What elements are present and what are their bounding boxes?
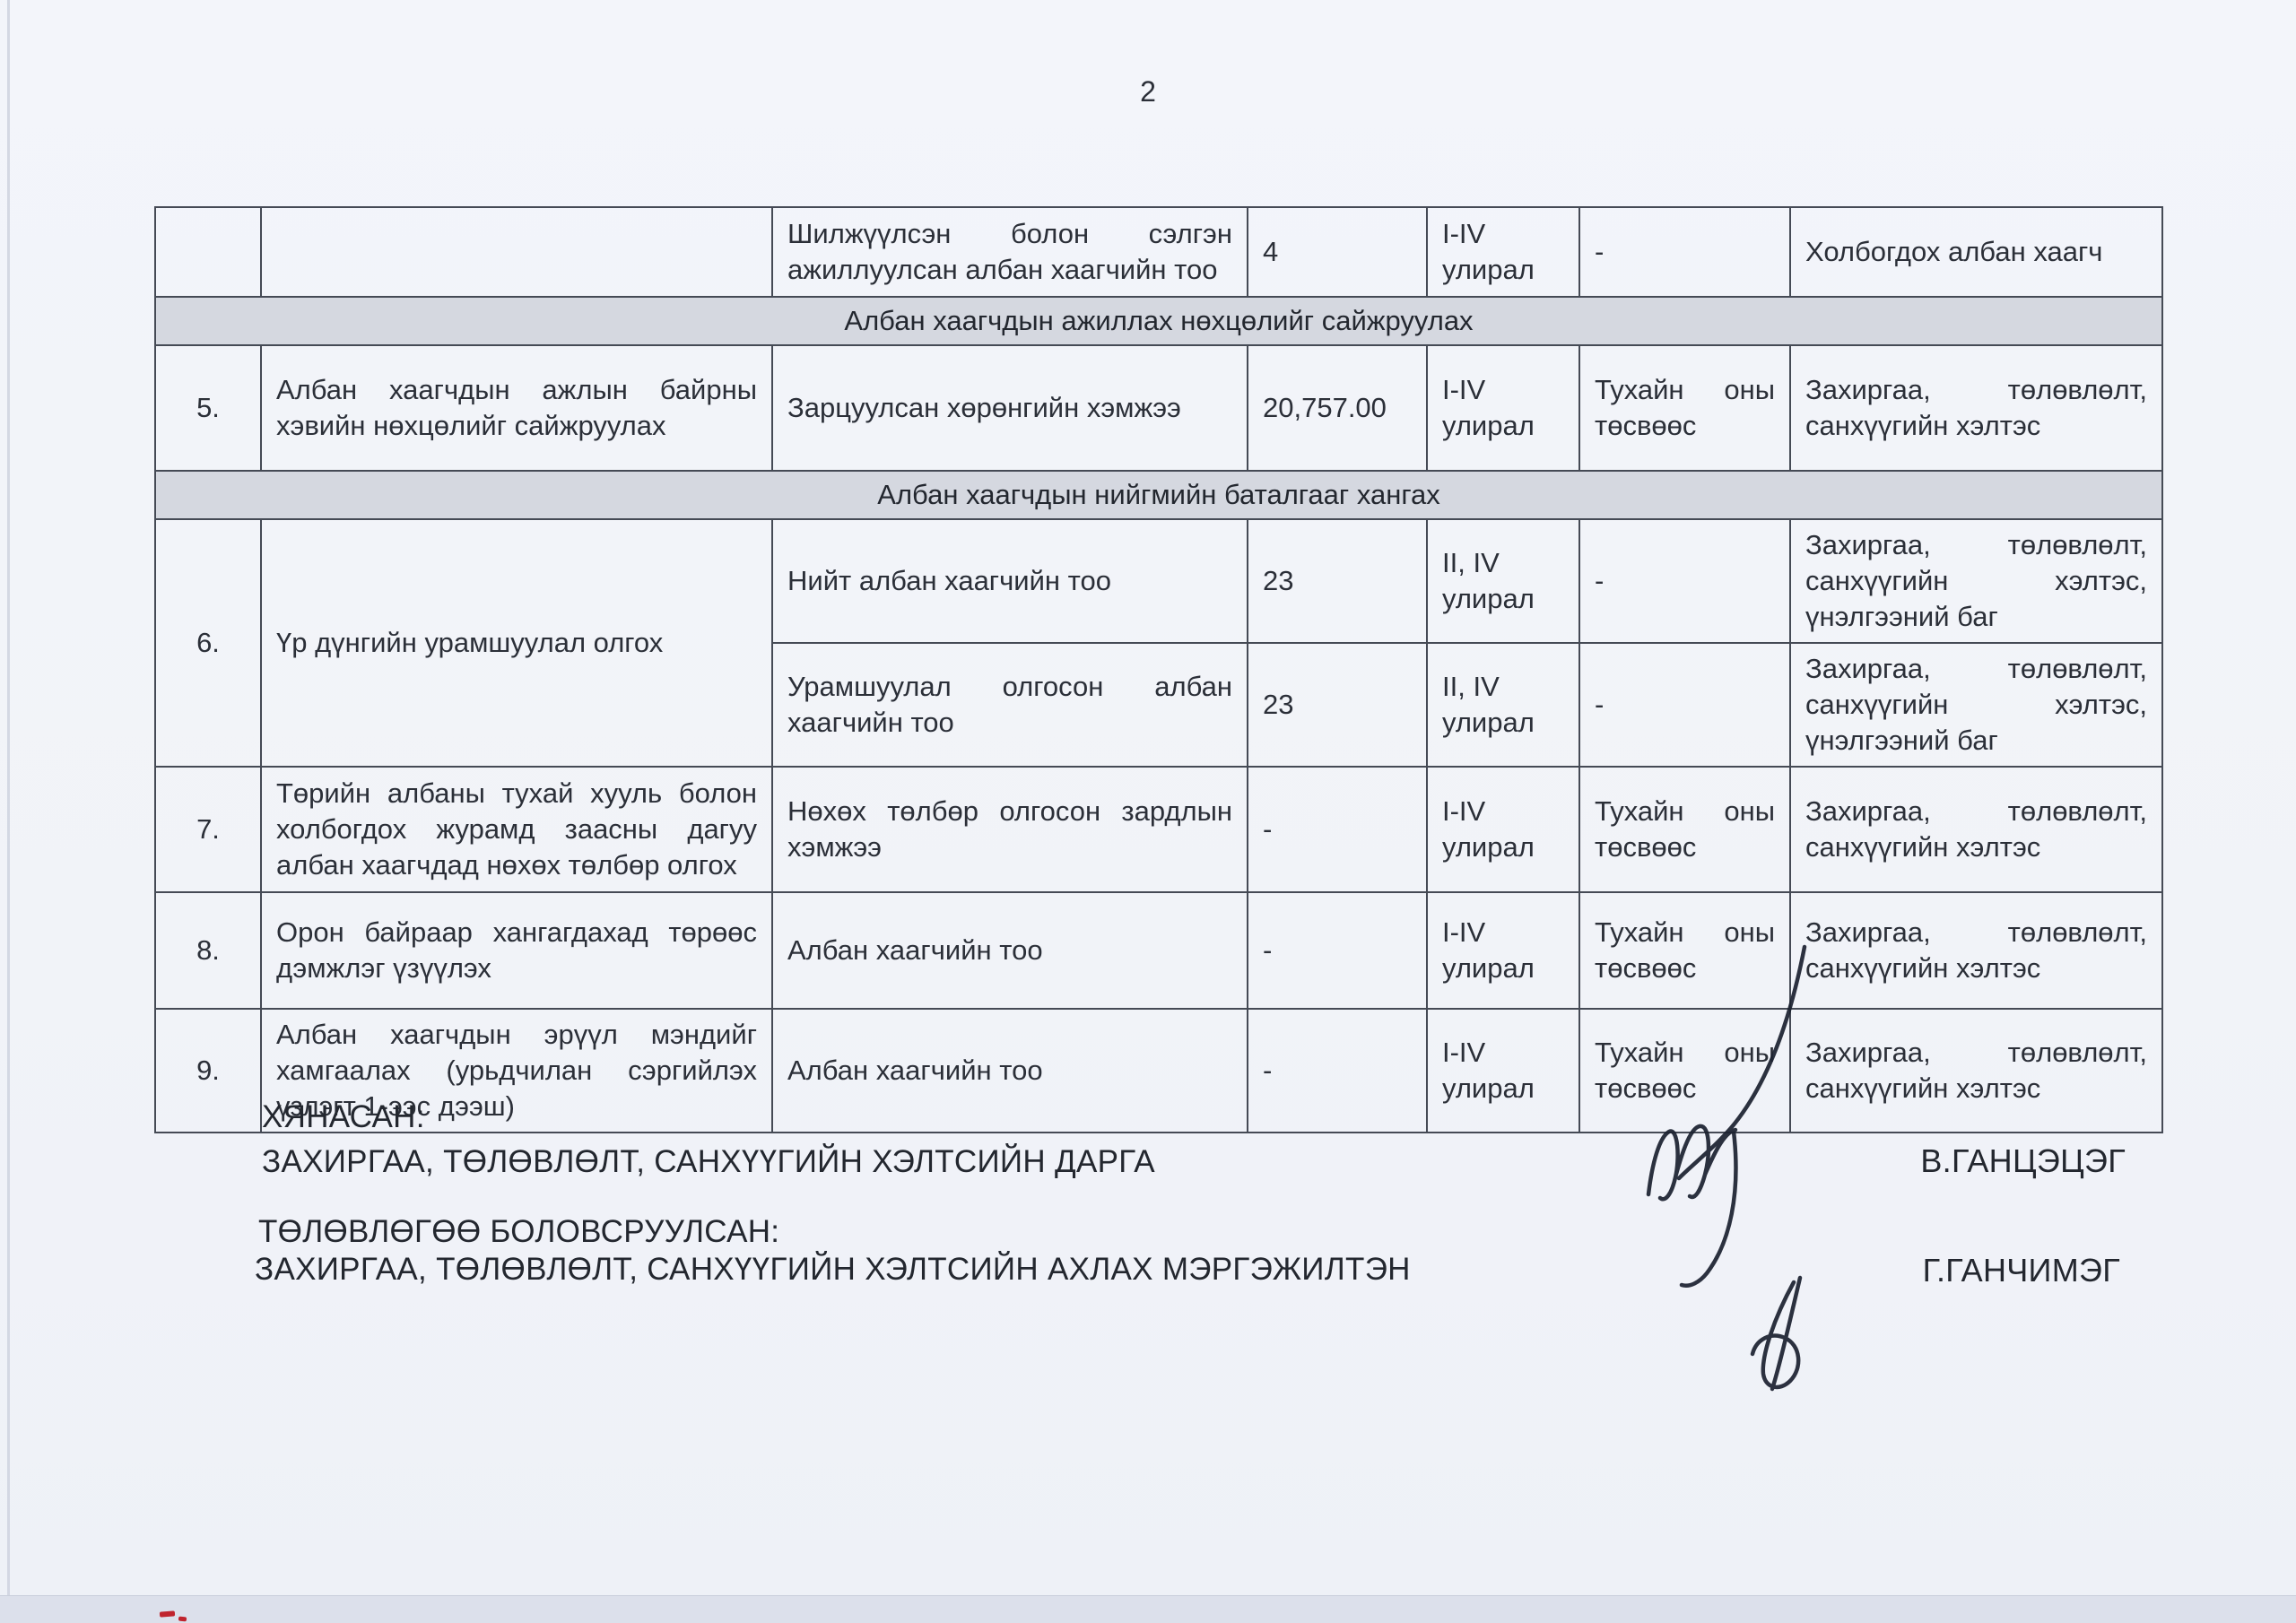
cell-responsible: Захиргаа, төлөвлөлт, санхүүгийн хэлтэс, … [1790, 519, 2162, 643]
section-header-row: Албан хаагчдын ажиллах нөхцөлийг сайжруу… [155, 297, 2162, 345]
cell-quarter: I-IV улирал [1427, 892, 1579, 1009]
signature-2 [1752, 1278, 1800, 1389]
cell-activity: Албан хаагчдын ажлын байрны хэвийн нөхцө… [261, 345, 772, 471]
cell-activity: Орон байраар хангагдахад төрөөс дэмжлэг … [261, 892, 772, 1009]
cell-number: 5. [155, 345, 261, 471]
reviewed-label: ХЯНАСАН: [262, 1099, 425, 1135]
cell-quarter: II, IV улирал [1427, 519, 1579, 643]
cell-indicator: Нийт албан хаагчийн тоо [772, 519, 1248, 643]
table-row-8: 8. Орон байраар хангагдахад төрөөс дэмжл… [155, 892, 2162, 1009]
cell-responsible: Захиргаа, төлөвлөлт, санхүүгийн хэлтэс, … [1790, 643, 2162, 767]
signature-1-zigzag [1648, 1126, 1735, 1199]
cell-funding: - [1579, 643, 1790, 767]
developed-title: ЗАХИРГАА, ТӨЛӨВЛӨЛТ, САНХҮҮГИЙН ХЭЛТСИЙН… [255, 1252, 1411, 1288]
cell-indicator: Зарцуулсан хөрөнгийн хэмжээ [772, 345, 1248, 471]
cell-funding: Тухайн оны төсвөөс [1579, 1009, 1790, 1133]
cell-value: - [1248, 767, 1427, 892]
table-row-continuation: Шилжүүлсэн болон сэлгэн ажиллуулсан алба… [155, 207, 2162, 297]
cell-responsible: Захиргаа, төлөвлөлт, санхүүгийн хэлтэс [1790, 892, 2162, 1009]
cell-responsible: Захиргаа, төлөвлөлт, санхүүгийн хэлтэс [1790, 345, 2162, 471]
cell-quarter: I-IV улирал [1427, 345, 1579, 471]
cell-funding: Тухайн оны төсвөөс [1579, 767, 1790, 892]
cell-quarter: I-IV улирал [1427, 1009, 1579, 1133]
table-row-9: 9. Албан хаагчдын эрүүл мэндийг хамгаала… [155, 1009, 2162, 1133]
signature-1-tail [1682, 1132, 1735, 1286]
cell-value: 20,757.00 [1248, 345, 1427, 471]
cell-value: 23 [1248, 643, 1427, 767]
cell-value: 4 [1248, 207, 1427, 297]
cell-value: - [1248, 1009, 1427, 1133]
table-row-5: 5. Албан хаагчдын ажлын байрны хэвийн нө… [155, 345, 2162, 471]
scan-edge-shadow [7, 0, 10, 1623]
cell-quarter: I-IV улирал [1427, 207, 1579, 297]
developed-name: Г.ГАНЧИМЭГ [1923, 1252, 2120, 1289]
cell-number: 7. [155, 767, 261, 892]
cell-number: 9. [155, 1009, 261, 1133]
cell-indicator: Урамшуулал олгосон албан хаагчийн тоо [772, 643, 1248, 767]
reviewed-name: В.ГАНЦЭЦЭГ [1920, 1142, 2126, 1180]
cell-number: 8. [155, 892, 261, 1009]
cell-responsible: Захиргаа, төлөвлөлт, санхүүгийн хэлтэс [1790, 767, 2162, 892]
cell-indicator: Шилжүүлсэн болон сэлгэн ажиллуулсан алба… [772, 207, 1248, 297]
cell-indicator: Албан хаагчийн тоо [772, 892, 1248, 1009]
cell-funding: Тухайн оны төсвөөс [1579, 345, 1790, 471]
red-ink-mark [178, 1617, 187, 1622]
scan-bottom-strip [0, 1595, 2296, 1623]
table-row-7: 7. Төрийн албаны тухай хууль болон холбо… [155, 767, 2162, 892]
cell-value: - [1248, 892, 1427, 1009]
cell-indicator: Албан хаагчийн тоо [772, 1009, 1248, 1133]
cell-quarter: I-IV улирал [1427, 767, 1579, 892]
cell-responsible: Холбогдох албан хаагч [1790, 207, 2162, 297]
cell-activity [261, 207, 772, 297]
developed-label: ТӨЛӨВЛӨГӨӨ БОЛОВСРУУЛСАН: [258, 1214, 779, 1250]
cell-funding: - [1579, 207, 1790, 297]
section-title: Албан хаагчдын нийгмийн баталгааг хангах [155, 471, 2162, 519]
cell-quarter: II, IV улирал [1427, 643, 1579, 767]
cell-funding: - [1579, 519, 1790, 643]
scanned-document-page: 2 Шилжүүлсэн болон сэлгэн ажиллуулсан ал… [0, 0, 2296, 1623]
cell-indicator: Нөхөх төлбөр олгосон зардлын хэмжээ [772, 767, 1248, 892]
cell-activity: Төрийн албаны тухай хууль болон холбогдо… [261, 767, 772, 892]
red-ink-mark [160, 1610, 175, 1617]
section-title: Албан хаагчдын ажиллах нөхцөлийг сайжруу… [155, 297, 2162, 345]
cell-value: 23 [1248, 519, 1427, 643]
cell-number: 6. [155, 519, 261, 767]
reviewed-title: ЗАХИРГАА, ТӨЛӨВЛӨЛТ, САНХҮҮГИЙН ХЭЛТСИЙН… [262, 1144, 1155, 1180]
cell-funding: Тухайн оны төсвөөс [1579, 892, 1790, 1009]
page-number: 2 [0, 75, 2296, 108]
activity-plan-table: Шилжүүлсэн болон сэлгэн ажиллуулсан алба… [154, 206, 2163, 1133]
table-row-6a: 6. Үр дүнгийн урамшуулал олгох Нийт алба… [155, 519, 2162, 643]
cell-responsible: Захиргаа, төлөвлөлт, санхүүгийн хэлтэс [1790, 1009, 2162, 1133]
section-header-row: Албан хаагчдын нийгмийн баталгааг хангах [155, 471, 2162, 519]
cell-number [155, 207, 261, 297]
cell-activity: Үр дүнгийн урамшуулал олгох [261, 519, 772, 767]
